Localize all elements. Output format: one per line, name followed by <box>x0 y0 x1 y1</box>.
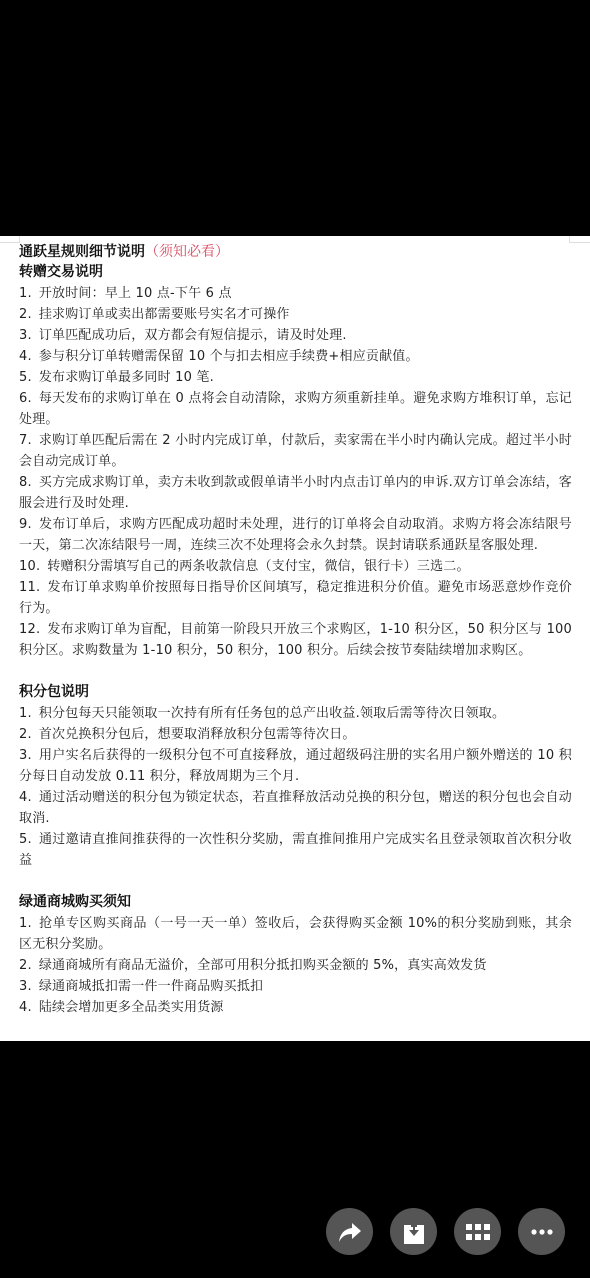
list-item: 4.通过活动赠送的积分包为锁定状态，若直推释放活动兑换的积分包，赠送的积分包也会… <box>19 787 572 829</box>
download-icon <box>404 1220 424 1244</box>
document-page: 通跃星规则细节说明（须知必看） 转赠交易说明 1.开放时间：早上 10 点-下午… <box>0 236 590 1041</box>
list-item: 4.参与积分订单转赠需保留 10 个与扣去相应手续费+相应贡献值。 <box>19 346 572 367</box>
apps-button[interactable] <box>454 1208 501 1255</box>
list-item: 1.积分包每天只能领取一次持有所有任务包的总产出收益.领取后需等待次日领取。 <box>19 703 572 724</box>
list-item: 5.通过邀请直推间推获得的一次性积分奖励，需直推间推用户完成实名且登录领取首次积… <box>19 829 572 871</box>
share-arrow-icon <box>338 1221 362 1243</box>
list-item: 12.发布求购订单为盲配，目前第一阶段只开放三个求购区，1-10 积分区，50 … <box>19 619 572 661</box>
save-button[interactable] <box>390 1208 437 1255</box>
list-item: 3.用户实名后获得的一级积分包不可直接释放，通过超级码注册的实名用户额外赠送的 … <box>19 745 572 787</box>
section-heading-transfer: 转赠交易说明 <box>19 262 572 283</box>
list-item: 1.开放时间：早上 10 点-下午 6 点 <box>19 283 572 304</box>
list-item: 10.转赠积分需填写自己的两条收款信息（支付宝，微信，银行卡）三选二。 <box>19 556 572 577</box>
list-item: 5.发布求购订单最多同时 10 笔. <box>19 367 572 388</box>
list-item: 3.绿通商城抵扣需一件一件商品购买抵扣 <box>19 976 572 997</box>
list-item: 8.买方完成求购订单，卖方未收到款或假单请半小时内点击订单内的申诉.双方订单会冻… <box>19 472 572 514</box>
section-heading-points-package: 积分包说明 <box>19 682 572 703</box>
page-corner-mark <box>569 236 590 243</box>
list-item: 9.发布订单后，求购方匹配成功超时未处理，进行的订单将会自动取消。求购方将会冻结… <box>19 514 572 556</box>
list-item: 6.每天发布的求购订单在 0 点将会自动清除，求购方须重新挂单。避免求购方堆积订… <box>19 388 572 430</box>
spacer <box>19 871 572 892</box>
page-corner-mark <box>0 236 20 243</box>
list-item: 7.求购订单匹配后需在 2 小时内完成订单，付款后，卖家需在半小时内确认完成。超… <box>19 430 572 472</box>
title-text: 通跃星规则细节说明 <box>19 244 145 260</box>
more-button[interactable] <box>518 1208 565 1255</box>
list-item: 11.发布订单求购单价按照每日指导价区间填写，稳定推进积分价值。避免市场恶意炒作… <box>19 577 572 619</box>
grid-icon <box>466 1224 490 1240</box>
title-note: （须知必看） <box>145 244 229 260</box>
list-item: 4.陆续会增加更多全品类实用货源 <box>19 997 572 1018</box>
list-item: 1.抢单专区购买商品（一号一天一单）签收后，会获得购买金额 10%的积分奖励到账… <box>19 913 572 955</box>
share-button[interactable] <box>326 1208 373 1255</box>
list-item: 2.挂求购订单或卖出都需要账号实名才可操作 <box>19 304 572 325</box>
section-heading-mall: 绿通商城购买须知 <box>19 892 572 913</box>
list-item: 2.绿通商城所有商品无溢价，全部可用积分抵扣购买金额的 5%，真实高效发货 <box>19 955 572 976</box>
document-title: 通跃星规则细节说明（须知必看） <box>19 242 572 262</box>
spacer <box>19 661 572 682</box>
list-item: 2.首次兑换积分包后，想要取消释放积分包需等待次日。 <box>19 724 572 745</box>
more-dots-icon <box>531 1229 553 1235</box>
list-item: 3.订单匹配成功后，双方都会有短信提示，请及时处理. <box>19 325 572 346</box>
image-viewer-toolbar <box>326 1208 565 1255</box>
